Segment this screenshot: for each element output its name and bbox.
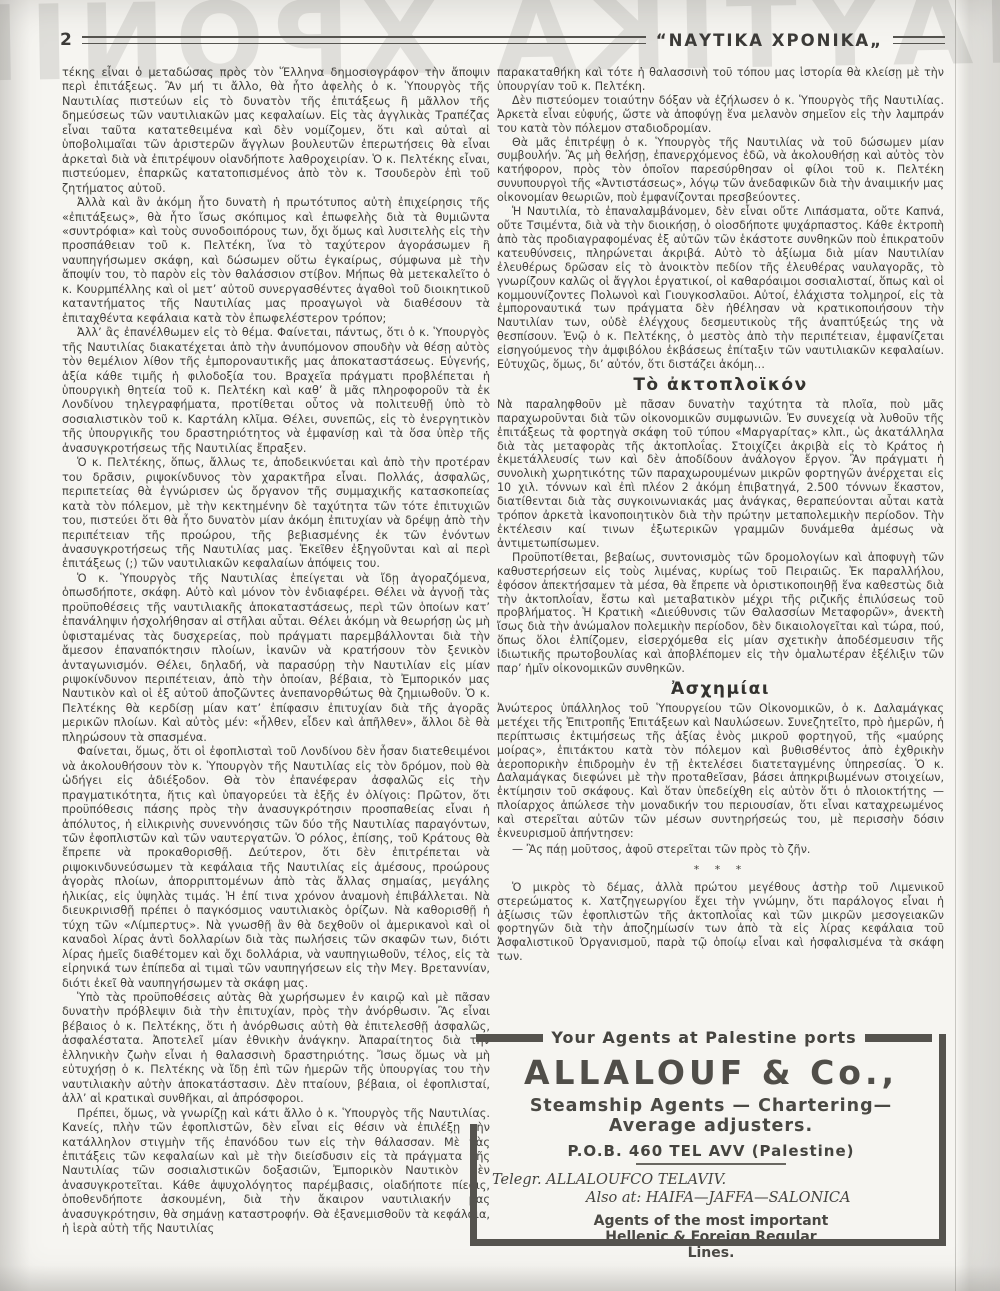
ad-services-line2: Average adjusters. xyxy=(476,1116,946,1136)
left-column: τέκης εἶναι ὁ μεταδώσας πρὸς τὸν Ἕλληνα … xyxy=(62,66,490,1237)
asterisk-separator: * * * xyxy=(497,863,944,877)
ad-agents-line3: Lines. xyxy=(476,1245,946,1261)
ad-company-name: ALLALOUF & Co., xyxy=(476,1053,946,1092)
dialogue-line: — Ἂς πάῃ μοῦτσος, ἀφοῦ στερεῖται τῶν πρὸ… xyxy=(497,843,944,857)
article-paragraph: Ἀνώτερος ὑπάλληλος τοῦ Ὑπουργείου τῶν Οἰ… xyxy=(497,702,944,841)
article-paragraph: Ὁ κ. Πελτέκης, ὅπως, ἄλλως τε, ἀποδεικνύ… xyxy=(62,456,490,572)
section-heading-asximiai: Ἀσχημίαι xyxy=(497,683,944,697)
allalouf-advertisement: Your Agents at Palestine ports ALLALOUF … xyxy=(476,1028,946,1246)
header-rule-left xyxy=(82,36,646,44)
article-paragraph: Ὁ μικρὸς τὸ δέμας, ἀλλὰ πρώτου μεγέθους … xyxy=(497,881,944,964)
article-paragraph: Πρέπει, ὅμως, νὰ γνωρίζῃ καὶ κάτι ἄλλο ὁ… xyxy=(62,1107,490,1237)
header-rule-right xyxy=(893,36,945,44)
article-paragraph: Ὁ κ. Ὑπουργὸς τῆς Ναυτιλίας ἐπείγεται νὰ… xyxy=(62,572,490,745)
article-paragraph: Νὰ παραληφθοῦν μὲ πᾶσαν δυνατὴν ταχύτητα… xyxy=(497,398,944,551)
ad-border-bottom xyxy=(470,1239,940,1246)
masthead-title: “ΝΑΥΤΙΚΑ ΧΡΟΝΙΚΑ„ xyxy=(656,31,883,50)
scan-edge-bottom xyxy=(0,1265,1000,1291)
ad-telegraph-address: Telegr. ALLALOUFCO TELAVIV. xyxy=(492,1172,946,1188)
page-header: 2 “ΝΑΥΤΙΚΑ ΧΡΟΝΙΚΑ„ xyxy=(60,30,945,50)
ad-services-line1: Steamship Agents — Chartering— xyxy=(476,1096,946,1116)
ad-agents-note: Agents of the most important Hellenic & … xyxy=(476,1213,946,1261)
ad-banner-rule-right xyxy=(865,1034,932,1042)
section-heading-aktoploikon: Τὸ ἀκτοπλοϊκόν xyxy=(497,379,944,393)
scan-edge-left xyxy=(0,0,30,1291)
article-paragraph: Θὰ μᾶς ἐπιτρέψῃ ὁ κ. Ὑπουργὸς τῆς Ναυτιλ… xyxy=(497,136,944,206)
article-paragraph: Φαίνεται, ὅμως, ὅτι οἱ ἐφοπλισταὶ τοῦ Λο… xyxy=(62,745,490,991)
ad-banner-text: Your Agents at Palestine ports xyxy=(551,1028,856,1047)
ad-pob-underline xyxy=(636,1163,786,1165)
scan-edge-right xyxy=(955,0,1000,1291)
ad-border-left xyxy=(470,1124,477,1246)
article-paragraph: Ὑπὸ τὰς προϋποθέσεις αὐτὰς θὰ χωρήσωμεν … xyxy=(62,991,490,1107)
ad-also-at-line: Also at: HAIFA—JAFFA—SALONICA xyxy=(586,1190,946,1206)
article-paragraph: Ἀλλ’ ἂς ἐπανέλθωμεν εἰς τὸ θέμα. Φαίνετα… xyxy=(62,326,490,456)
article-paragraph: παρακαταθήκη καὶ τότε ἡ θαλασσινὴ τοῦ τό… xyxy=(497,66,944,94)
article-paragraph: Προϋποτίθεται, βεβαίως, συντονισμὸς τῶν … xyxy=(497,551,944,676)
right-column: παρακαταθήκη καὶ τότε ἡ θαλασσινὴ τοῦ τό… xyxy=(497,66,944,964)
newspaper-page: ΝΑΥΤΙΚΑ ΧΡΟΝΙΚΑ ΝΑΥΤΙΚΑ ΧΡΟΝΙΚΑ 2 “ΝΑΥΤΙ… xyxy=(0,0,1000,1291)
ad-banner-rule-left xyxy=(476,1034,543,1042)
ad-pob-address: P.O.B. 460 TEL AVV (Palestine) xyxy=(476,1142,946,1160)
article-paragraph: τέκης εἶναι ὁ μεταδώσας πρὸς τὸν Ἕλληνα … xyxy=(62,66,490,196)
article-paragraph: Ἡ Ναυτιλία, τὸ ἐπαναλαμβάνομεν, δὲν εἶνα… xyxy=(497,205,944,372)
article-paragraph: Δὲν πιστεύομεν τοιαύτην δόξαν νὰ ἐζήλωσε… xyxy=(497,94,944,136)
article-paragraph: Ἀλλὰ καὶ ἂν ἀκόμη ἦτο δυνατὴ ἡ πρωτότυπο… xyxy=(62,196,490,326)
ad-banner-row: Your Agents at Palestine ports xyxy=(476,1028,946,1047)
ad-agents-line1: Agents of the most important xyxy=(476,1213,946,1229)
page-number: 2 xyxy=(60,30,72,50)
ad-border-right xyxy=(939,1034,946,1246)
